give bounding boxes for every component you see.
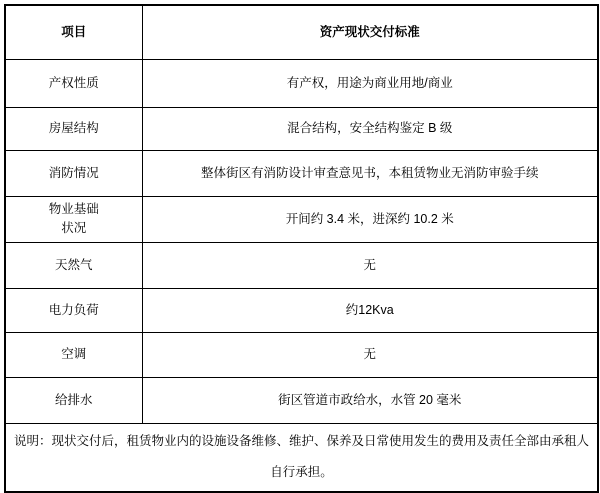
row-label: 消防情况	[5, 150, 142, 196]
table-note-row: 说明：现状交付后，租赁物业内的设施设备维修、维护、保养及日常使用发生的费用及责任…	[5, 423, 598, 492]
table-row-air-conditioning: 空调 无	[5, 332, 598, 377]
header-cell-delivery-standard: 资产现状交付标准	[142, 5, 598, 59]
row-value: 整体街区有消防设计审查意见书，本租赁物业无消防审验手续	[142, 150, 598, 196]
row-label: 空调	[5, 332, 142, 377]
row-value: 街区管道市政给水，水管 20 毫米	[142, 377, 598, 423]
row-label: 房屋结构	[5, 107, 142, 150]
row-label: 给排水	[5, 377, 142, 423]
table-header-row: 项目 资产现状交付标准	[5, 5, 598, 59]
row-label: 天然气	[5, 242, 142, 288]
row-label: 产权性质	[5, 59, 142, 107]
row-label: 物业基础 状况	[5, 196, 142, 242]
table-row-fire-safety: 消防情况 整体街区有消防设计审查意见书，本租赁物业无消防审验手续	[5, 150, 598, 196]
row-value: 无	[142, 242, 598, 288]
row-label: 电力负荷	[5, 288, 142, 332]
row-value: 混合结构，安全结构鉴定 B 级	[142, 107, 598, 150]
row-value: 约12Kva	[142, 288, 598, 332]
table-row-building-structure: 房屋结构 混合结构，安全结构鉴定 B 级	[5, 107, 598, 150]
row-value: 无	[142, 332, 598, 377]
note-cell: 说明：现状交付后，租赁物业内的设施设备维修、维护、保养及日常使用发生的费用及责任…	[5, 423, 598, 492]
table-row-property-rights: 产权性质 有产权，用途为商业用地/商业	[5, 59, 598, 107]
table-row-power-load: 电力负荷 约12Kva	[5, 288, 598, 332]
document-page: 项目 资产现状交付标准 产权性质 有产权，用途为商业用地/商业 房屋结构 混合结…	[4, 4, 597, 493]
table-row-natural-gas: 天然气 无	[5, 242, 598, 288]
row-value: 有产权，用途为商业用地/商业	[142, 59, 598, 107]
asset-delivery-standard-table: 项目 资产现状交付标准 产权性质 有产权，用途为商业用地/商业 房屋结构 混合结…	[4, 4, 599, 493]
header-cell-item: 项目	[5, 5, 142, 59]
table-row-water-supply-drainage: 给排水 街区管道市政给水，水管 20 毫米	[5, 377, 598, 423]
table-row-property-basic-condition: 物业基础 状况 开间约 3.4 米，进深约 10.2 米	[5, 196, 598, 242]
row-value: 开间约 3.4 米，进深约 10.2 米	[142, 196, 598, 242]
